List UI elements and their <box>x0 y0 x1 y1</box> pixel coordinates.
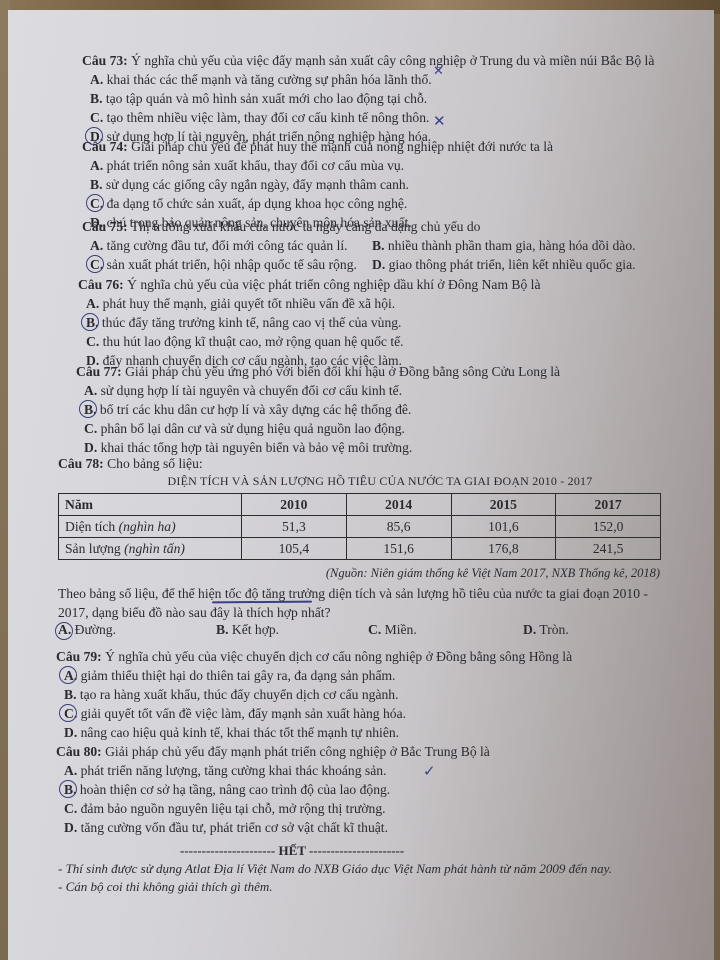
option-key: A. <box>90 72 103 87</box>
cross-mark-icon: ✕ <box>433 64 444 79</box>
option-b: B. tạo tập quán và mô hình sản xuất mới … <box>82 89 654 108</box>
option-key: A. <box>86 296 99 311</box>
question-stem: Ý nghĩa chủ yếu của việc chuyển dịch cơ … <box>105 649 572 664</box>
question-label: Câu 73: <box>82 53 128 68</box>
option-a: A. sử dụng hợp lí tài nguyên và chuyển đ… <box>76 381 560 400</box>
footnote: - Thí sinh được sử dụng Atlat Địa lí Việ… <box>58 861 612 877</box>
option-text: Tròn. <box>539 622 568 637</box>
table-cell: 176,8 <box>451 538 556 560</box>
option-a: A. khai thác các thế mạnh và tăng cường … <box>82 70 654 89</box>
option-text: đảm bảo nguồn nguyên liệu tại chỗ, mở rộ… <box>81 801 386 816</box>
option-text: Đường. <box>75 622 116 637</box>
question-label: Câu 74: <box>82 139 128 154</box>
option-row: A. tăng cường đầu tư, đổi mới công tác q… <box>82 236 636 255</box>
question-79: Câu 79: Ý nghĩa chủ yếu của việc chuyển … <box>56 647 572 742</box>
question-label: Câu 77: <box>76 364 122 379</box>
option-b: B. tạo ra hàng xuất khẩu, thúc đẩy chuyể… <box>56 685 572 704</box>
option-key: B. <box>64 687 76 702</box>
option-text: Kết hợp. <box>232 622 279 637</box>
option-row: C. sản xuất phát triển, hội nhập quốc tế… <box>82 255 636 274</box>
question-prompt: Theo bảng số liệu, để thể hiện tốc độ tă… <box>58 584 668 622</box>
option-text: tạo tập quán và mô hình sản xuất mới cho… <box>106 91 427 106</box>
option-c: C. giải quyết tốt vấn đề việc làm, đẩy m… <box>56 704 572 723</box>
option-b: B. Kết hợp. <box>216 622 279 638</box>
option-text: khai thác tổng hợp tài nguyên biển và bả… <box>101 440 413 455</box>
table-cell: 101,6 <box>451 516 556 538</box>
option-b: B. hoàn thiện cơ sở hạ tầng, nâng cao tr… <box>56 780 490 799</box>
option-text: Miền. <box>385 622 417 637</box>
option-c: C. Miền. <box>368 622 417 638</box>
option-key: C. <box>90 110 103 125</box>
answer-circle <box>55 622 73 640</box>
option-key: D. <box>84 440 97 455</box>
answer-circle <box>59 704 77 722</box>
table-row-label: Sản lượng (nghìn tấn) <box>59 538 242 560</box>
answer-circle <box>81 313 99 331</box>
question-stem: Giải pháp chủ yếu để phát huy thế mạnh c… <box>131 139 553 154</box>
option-b: B. thúc đẩy tăng trưởng kinh tế, nâng ca… <box>78 313 541 332</box>
table-header-row: Năm 2010 2014 2015 2017 <box>59 494 661 516</box>
option-key: B. <box>90 91 102 106</box>
answer-circle <box>59 780 77 798</box>
answer-circle <box>59 666 77 684</box>
option-c: C. đa dạng tổ chức sản xuất, áp dụng kho… <box>82 194 553 213</box>
option-text: nâng cao hiệu quả kinh tế, khai thác tốt… <box>81 725 399 740</box>
option-text: phát huy thế mạnh, giải quyết tốt nhiều … <box>103 296 396 311</box>
check-mark-icon: ✓ <box>423 762 436 780</box>
end-marker: ---------------------- HẾT -------------… <box>180 843 404 859</box>
question-73: Câu 73: Ý nghĩa chủ yếu của việc đẩy mạn… <box>82 51 654 146</box>
option-c: C. sản xuất phát triển, hội nhập quốc tế… <box>90 255 372 274</box>
question-label: Câu 78: <box>58 456 104 471</box>
option-text: thúc đẩy tăng trưởng kinh tế, nâng cao v… <box>102 315 402 330</box>
option-b: B. nhiều thành phần tham gia, hàng hóa d… <box>372 236 636 255</box>
option-d: D. nâng cao hiệu quả kinh tế, khai thác … <box>56 723 572 742</box>
question-label: Câu 76: <box>78 277 124 292</box>
question-stem: Thị trường xuất khẩu của nước ta ngày cà… <box>131 219 481 234</box>
footnote: - Cán bộ coi thi không giải thích gì thê… <box>58 879 272 895</box>
table-header-cell: 2010 <box>242 494 347 516</box>
option-d: D. tăng cường vốn đầu tư, phát triển cơ … <box>56 818 490 837</box>
option-text: giao thông phát triển, liên kết nhiều qu… <box>389 257 636 272</box>
option-c: C. phân bố lại dân cư và sử dụng hiệu qu… <box>76 419 560 438</box>
option-text: thu hút lao động kĩ thuật cao, mở rộng q… <box>103 334 404 349</box>
table-row: Sản lượng (nghìn tấn) 105,4 151,6 176,8 … <box>59 538 661 560</box>
table-row-label: Diện tích (nghìn ha) <box>59 516 242 538</box>
option-key: C. <box>86 334 99 349</box>
option-b: B. bố trí các khu dân cư hợp lí và xây d… <box>76 400 560 419</box>
option-d: D. giao thông phát triển, liên kết nhiều… <box>372 255 636 274</box>
answer-circle <box>86 255 104 273</box>
answer-circle <box>79 400 97 418</box>
table-row: Diện tích (nghìn ha) 51,3 85,6 101,6 152… <box>59 516 661 538</box>
option-key: C. <box>84 421 97 436</box>
table-cell: 241,5 <box>556 538 661 560</box>
option-key: A. <box>84 383 97 398</box>
question-stem: Giải pháp chủ yếu ứng phó với biến đổi k… <box>125 364 560 379</box>
option-text: tăng cường đầu tư, đổi mới công tác quản… <box>107 238 348 253</box>
option-key: B. <box>216 622 228 637</box>
table-cell: 151,6 <box>346 538 451 560</box>
question-stem: Cho bảng số liệu: <box>107 456 203 471</box>
option-a: A. phát huy thế mạnh, giải quyết tốt nhi… <box>78 294 541 313</box>
option-text: đa dạng tổ chức sản xuất, áp dụng khoa h… <box>107 196 408 211</box>
table-source: (Nguồn: Niên giám thống kê Việt Nam 2017… <box>326 566 660 581</box>
option-key: B. <box>372 238 384 253</box>
question-label: Câu 75: <box>82 219 128 234</box>
option-a: A. Đường. <box>58 622 116 638</box>
row-label-text: Sản lượng <box>65 541 124 556</box>
row-label-text: Diện tích <box>65 519 119 534</box>
option-key: C. <box>64 801 77 816</box>
option-c: C. thu hút lao động kĩ thuật cao, mở rộn… <box>78 332 541 351</box>
option-text: sử dụng hợp lí tài nguyên và chuyển đổi … <box>101 383 403 398</box>
cross-mark-icon: ✕ <box>433 112 446 130</box>
table-title: DIỆN TÍCH VÀ SẢN LƯỢNG HỒ TIÊU CỦA NƯỚC … <box>100 474 660 489</box>
option-text: khai thác các thế mạnh và tăng cường sự … <box>107 72 432 87</box>
option-c: C. đảm bảo nguồn nguyên liệu tại chỗ, mở… <box>56 799 490 818</box>
option-text: tạo ra hàng xuất khẩu, thúc đẩy chuyển d… <box>80 687 399 702</box>
option-key: D. <box>64 725 77 740</box>
table-cell: 51,3 <box>242 516 347 538</box>
option-text: sử dụng các giống cây ngắn ngày, đẩy mạn… <box>106 177 409 192</box>
option-c: C. tạo thêm nhiều việc làm, thay đổi cơ … <box>82 108 654 127</box>
table-header-cell: 2014 <box>346 494 451 516</box>
option-text: tăng cường vốn đầu tư, phát triển cơ sở … <box>81 820 388 835</box>
option-text: tạo thêm nhiều việc làm, thay đổi cơ cấu… <box>107 110 430 125</box>
table-cell: 105,4 <box>242 538 347 560</box>
option-key: D. <box>372 257 385 272</box>
option-key: D. <box>64 820 77 835</box>
question-76: Câu 76: Ý nghĩa chủ yếu của việc phát tr… <box>78 275 541 370</box>
question-75: Câu 75: Thị trường xuất khẩu của nước ta… <box>82 217 636 274</box>
table-header-cell: 2017 <box>556 494 661 516</box>
data-table: Năm 2010 2014 2015 2017 Diện tích (nghìn… <box>58 493 661 560</box>
option-text: giảm thiểu thiệt hại do thiên tai gây ra… <box>81 668 396 683</box>
question-77: Câu 77: Giải pháp chủ yếu ứng phó với bi… <box>76 362 560 457</box>
question-label: Câu 79: <box>56 649 102 664</box>
option-text: bố trí các khu dân cư hợp lí và xây dựng… <box>100 402 411 417</box>
exam-content: Câu 73: Ý nghĩa chủ yếu của việc đẩy mạn… <box>0 0 720 960</box>
question-stem: Giải pháp chủ yếu đẩy mạnh phát triển cô… <box>105 744 490 759</box>
option-a: A. giảm thiểu thiệt hại do thiên tai gây… <box>56 666 572 685</box>
option-a: A. phát triển nông sản xuất khẩu, thay đ… <box>82 156 553 175</box>
question-stem: Ý nghĩa chủ yếu của việc phát triển công… <box>127 277 540 292</box>
question-80: Câu 80: Giải pháp chủ yếu đẩy mạnh phát … <box>56 742 490 837</box>
answer-circle <box>86 194 104 212</box>
row-unit: (nghìn ha) <box>119 519 176 534</box>
option-text: phát triển năng lượng, tăng cường khai t… <box>81 763 387 778</box>
option-text: nhiều thành phần tham gia, hàng hóa dồi … <box>388 238 636 253</box>
question-stem: Ý nghĩa chủ yếu của việc đẩy mạnh sản xu… <box>131 53 654 68</box>
option-text: sản xuất phát triển, hội nhập quốc tế sâ… <box>107 257 357 272</box>
option-text: phân bố lại dân cư và sử dụng hiệu quả n… <box>101 421 405 436</box>
option-text: giải quyết tốt vấn đề việc làm, đẩy mạnh… <box>81 706 406 721</box>
option-key: B. <box>90 177 102 192</box>
option-key: A. <box>90 238 103 253</box>
option-key: A. <box>90 158 103 173</box>
option-b: B. sử dụng các giống cây ngắn ngày, đẩy … <box>82 175 553 194</box>
question-78: Câu 78: Cho bảng số liệu: <box>58 454 203 473</box>
row-unit: (nghìn tấn) <box>124 541 185 556</box>
table-header-cell: Năm <box>59 494 242 516</box>
option-d: D. Tròn. <box>523 622 569 638</box>
option-text: phát triển nông sản xuất khẩu, thay đổi … <box>107 158 405 173</box>
option-key: A. <box>64 763 77 778</box>
table-header-cell: 2015 <box>451 494 556 516</box>
table-cell: 152,0 <box>556 516 661 538</box>
table-cell: 85,6 <box>346 516 451 538</box>
option-key: D. <box>523 622 536 637</box>
option-key: C. <box>368 622 381 637</box>
question-label: Câu 80: <box>56 744 102 759</box>
option-text: hoàn thiện cơ sở hạ tầng, nâng cao trình… <box>80 782 390 797</box>
option-a: A. tăng cường đầu tư, đổi mới công tác q… <box>90 236 372 255</box>
